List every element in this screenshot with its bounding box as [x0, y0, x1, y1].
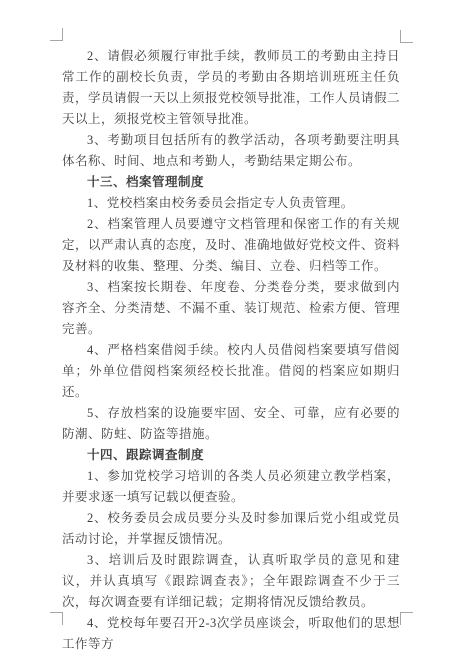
text-boundary-mark-bottom-right — [400, 612, 413, 625]
paragraph: 2、档案管理人员要遵守文档管理和保密工作的有关规定，以严肃认真的态度，及时、准确… — [62, 214, 400, 277]
paragraph: 1、党校档案由校务委员会指定专人负责管理。 — [62, 193, 400, 214]
document-body: 2、请假必须履行审批手续，教师员工的考勤由主持日常工作的副校长负责，学员的考勤由… — [62, 46, 400, 655]
paragraph: 3、档案按长期卷、年度卷、分类卷分类，要求做到内容齐全、分类清楚、不漏不重、装订… — [62, 277, 400, 340]
paragraph: 2、请假必须履行审批手续，教师员工的考勤由主持日常工作的副校长负责，学员的考勤由… — [62, 46, 400, 130]
text-boundary-mark-top-right — [400, 30, 413, 43]
paragraph: 2、校务委员会成员要分头及时参加课后党小组或党员活动讨论，并掌握反馈情况。 — [62, 508, 400, 550]
text-boundary-mark-top-left — [50, 28, 63, 41]
section-heading: 十四、跟踪调查制度 — [62, 445, 400, 466]
paragraph: 4、党校每年要召开2-3次学员座谈会，听取他们的思想工作等方 — [62, 613, 400, 655]
paragraph: 3、培训后及时跟踪调查，认真听取学员的意见和建议，并认真填写《跟踪调查表》；全年… — [62, 550, 400, 613]
paragraph: 3、考勤项目包括所有的教学活动，各项考勤要注明具体名称、时间、地点和考勤人，考勤… — [62, 130, 400, 172]
paragraph: 5、存放档案的设施要牢固、安全、可靠，应有必要的防潮、防蛀、防盗等措施。 — [62, 403, 400, 445]
document-page: 2、请假必须履行审批手续，教师员工的考勤由主持日常工作的副校长负责，学员的考勤由… — [0, 0, 463, 658]
paragraph: 4、严格档案借阅手续。校内人员借阅档案要填写借阅单；外单位借阅档案须经校长批准。… — [62, 340, 400, 403]
paragraph: 1、参加党校学习培训的各类人员必须建立教学档案，并要求逐一填写记载以便查验。 — [62, 466, 400, 508]
section-heading: 十三、档案管理制度 — [62, 172, 400, 193]
